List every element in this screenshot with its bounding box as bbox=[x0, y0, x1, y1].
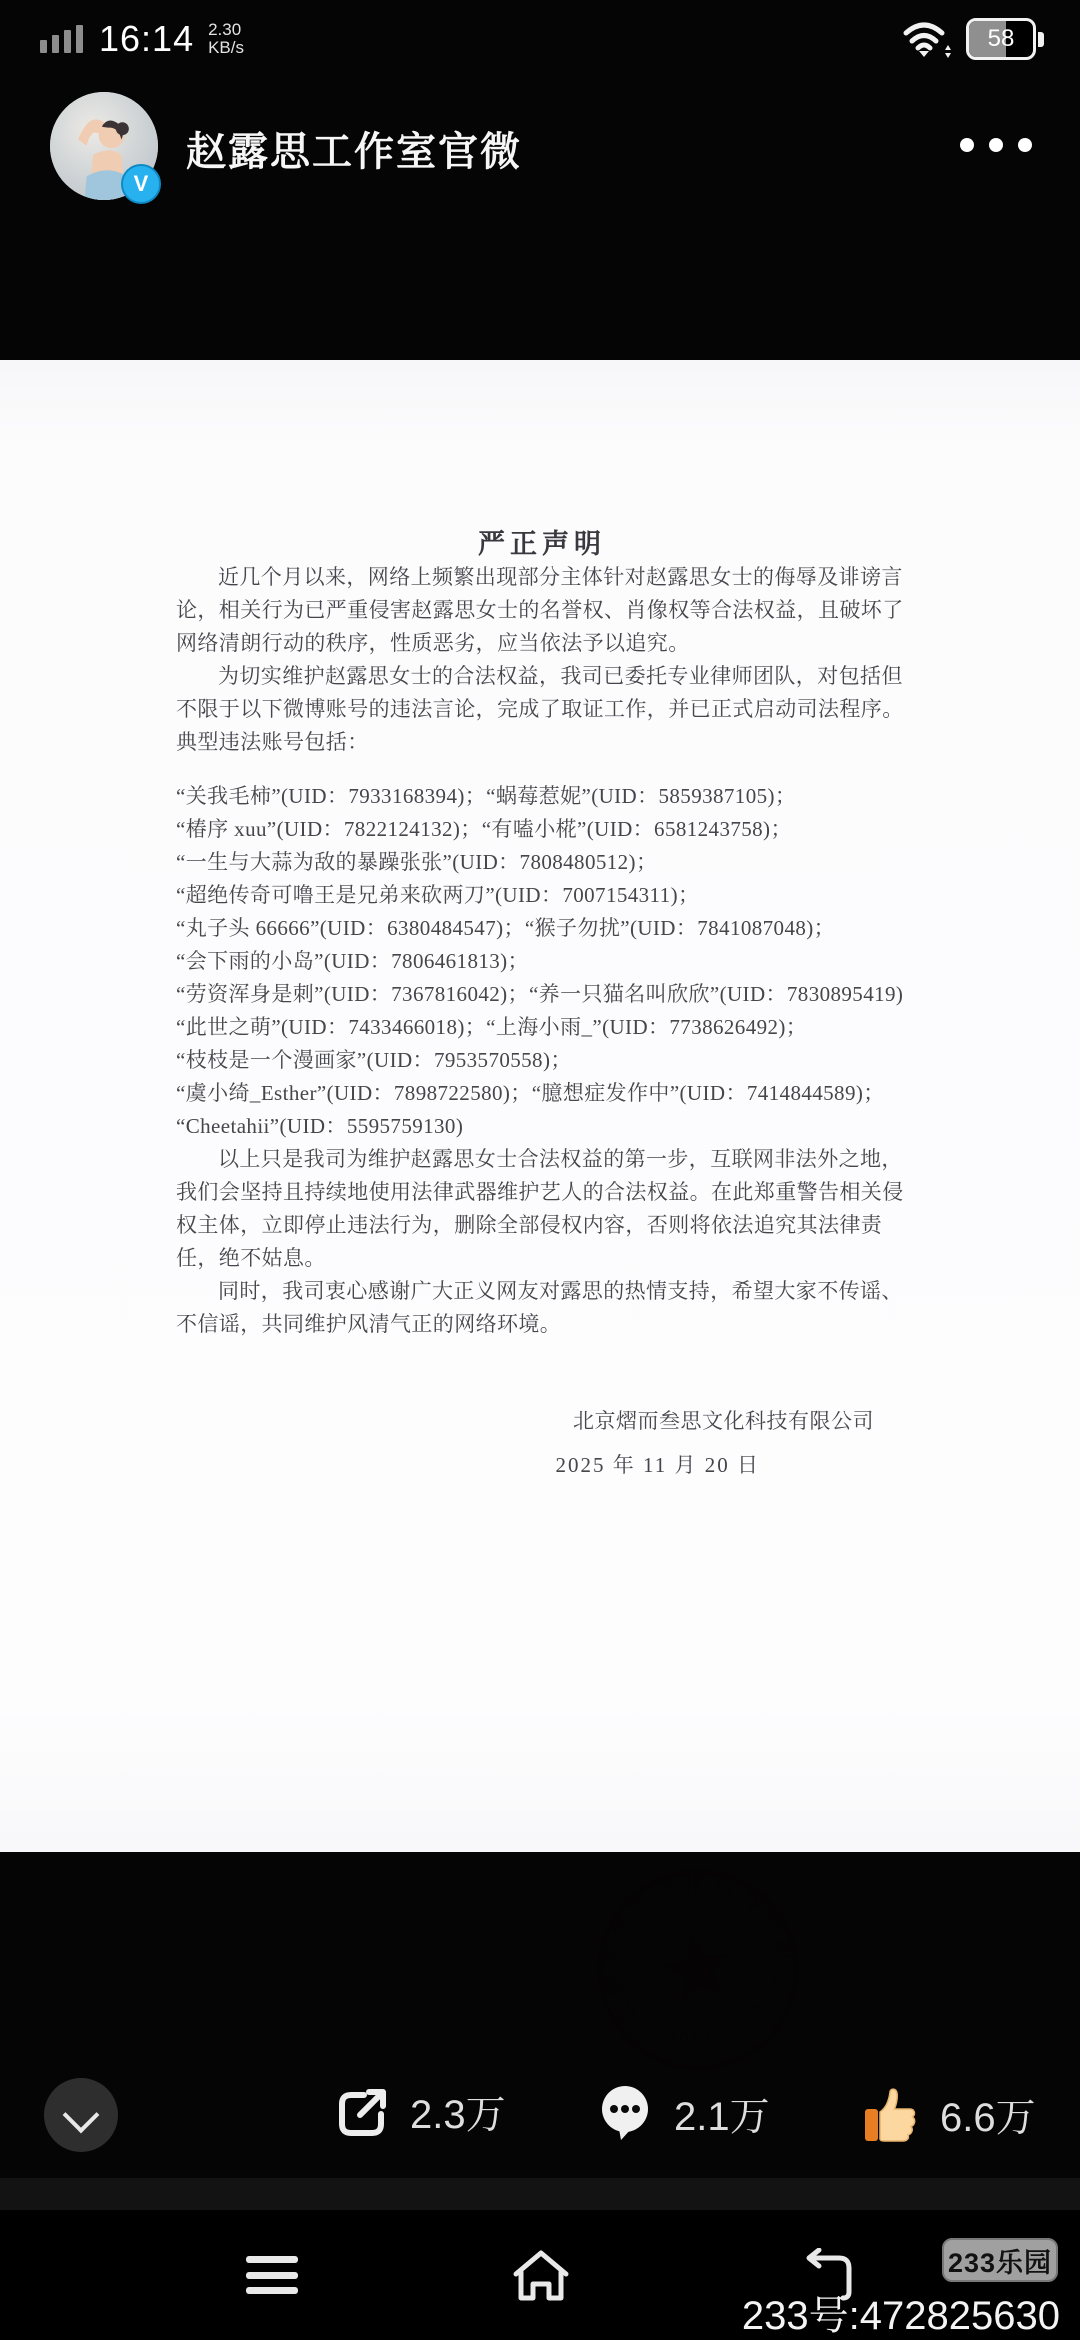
signature-date: 2025 年 11 月 20 日 bbox=[176, 1449, 908, 1479]
like-count: 6.6万 bbox=[940, 2086, 1036, 2143]
account-line: “Cheetahii”(UID：5595759130) bbox=[176, 1110, 908, 1143]
thumbs-up-icon bbox=[858, 2082, 922, 2146]
network-speed-unit: KB/s bbox=[208, 39, 244, 57]
verified-badge-icon: V bbox=[121, 164, 161, 204]
account-line: “一生与大蒜为敌的暴躁张张”(UID：7808480512)； bbox=[176, 846, 908, 879]
like-button[interactable]: 6.6万 bbox=[858, 2082, 1036, 2146]
233-leyuan-watermark-badge: 233乐园 bbox=[942, 2238, 1058, 2282]
account-line: “此世之萌”(UID：7433466018)；“上海小雨_”(UID：77386… bbox=[176, 1011, 908, 1044]
battery-icon: 58 bbox=[966, 18, 1044, 60]
status-bar: 16:14 2.30 KB/s 58 bbox=[0, 0, 1080, 70]
statement-image[interactable]: 严正声明 近几个月以来，网络上频繁出现部分主体针对赵露思女士的侮辱及诽谤言论，相… bbox=[0, 360, 1080, 1852]
more-menu-icon[interactable] bbox=[960, 138, 1032, 152]
share-icon bbox=[330, 2082, 392, 2140]
account-line: “椿序 xuu”(UID：7822124132)；“有嗑小椛”(UID：6581… bbox=[176, 813, 908, 846]
signal-strength-icon bbox=[40, 25, 83, 53]
weibo-post-screen: 16:14 2.30 KB/s 58 bbox=[0, 0, 1080, 2340]
statement-title: 严正声明 bbox=[176, 522, 908, 561]
company-seal: 北京熠而叁思文化科技有限公司 1101051093295 bbox=[592, 1864, 804, 2076]
wifi-icon bbox=[902, 19, 954, 59]
network-speed: 2.30 KB/s bbox=[208, 21, 244, 57]
violating-accounts-list: “关我毛柿”(UID：7933168394)；“蜗莓惹妮”(UID：585938… bbox=[176, 780, 908, 1143]
account-line: “虞小绮_Esther”(UID：7898722580)；“臆想症发作中”(UI… bbox=[176, 1077, 908, 1110]
statement-paragraph: 近几个月以来，网络上频繁出现部分主体针对赵露思女士的侮辱及诽谤言论，相关行为已严… bbox=[176, 561, 908, 660]
share-button[interactable]: 2.3万 bbox=[330, 2082, 506, 2140]
account-line: “关我毛柿”(UID：7933168394)；“蜗莓惹妮”(UID：585938… bbox=[176, 780, 908, 813]
account-line: “劳资浑身是刺”(UID：7367816042)；“养一只猫名叫欣欣”(UID：… bbox=[176, 978, 908, 1011]
recents-button[interactable] bbox=[246, 2256, 298, 2294]
comment-button[interactable]: 2.1万 bbox=[594, 2082, 770, 2144]
system-navbar: 233乐园 233号:472825630 bbox=[0, 2210, 1080, 2340]
collapse-button[interactable] bbox=[44, 2078, 118, 2152]
signature-company: 北京熠而叁思文化科技有限公司 bbox=[176, 1405, 908, 1435]
account-line: “枝枝是一个漫画家”(UID：7953570558)； bbox=[176, 1044, 908, 1077]
comment-count: 2.1万 bbox=[674, 2085, 770, 2142]
comment-icon bbox=[594, 2082, 656, 2144]
account-line: “会下雨的小岛”(UID：7806461813)； bbox=[176, 945, 908, 978]
statement-paragraph: 同时，我司衷心感谢广大正义网友对露思的热情支持，希望大家不传谣、不信谣，共同维护… bbox=[176, 1275, 908, 1341]
battery-percent: 58 bbox=[969, 21, 1033, 57]
233-id-watermark: 233号:472825630 bbox=[742, 2284, 1060, 2340]
home-button[interactable] bbox=[506, 2246, 576, 2306]
statement-paragraph: 以上只是我司为维护赵露思女士合法权益的第一步，互联网非法外之地，我们会坚持且持续… bbox=[176, 1143, 908, 1275]
clock-time: 16:14 bbox=[99, 18, 194, 60]
content-navbar-divider bbox=[0, 2178, 1080, 2210]
seal-star-icon bbox=[658, 1929, 737, 2005]
network-speed-value: 2.30 bbox=[208, 21, 244, 39]
share-count: 2.3万 bbox=[410, 2083, 506, 2140]
chevron-down-icon bbox=[63, 2097, 100, 2134]
statement-paragraph: 为切实维护赵露思女士的合法权益，我司已委托专业律师团队，对包括但不限于以下微博账… bbox=[176, 660, 908, 759]
account-line: “丸子头 66666”(UID：6380484547)；“猴子勿扰”(UID：7… bbox=[176, 912, 908, 945]
account-line: “超绝传奇可噜王是兄弟来砍两刀”(UID：7007154311)； bbox=[176, 879, 908, 912]
account-name[interactable]: 赵露思工作室官微 bbox=[186, 120, 522, 177]
